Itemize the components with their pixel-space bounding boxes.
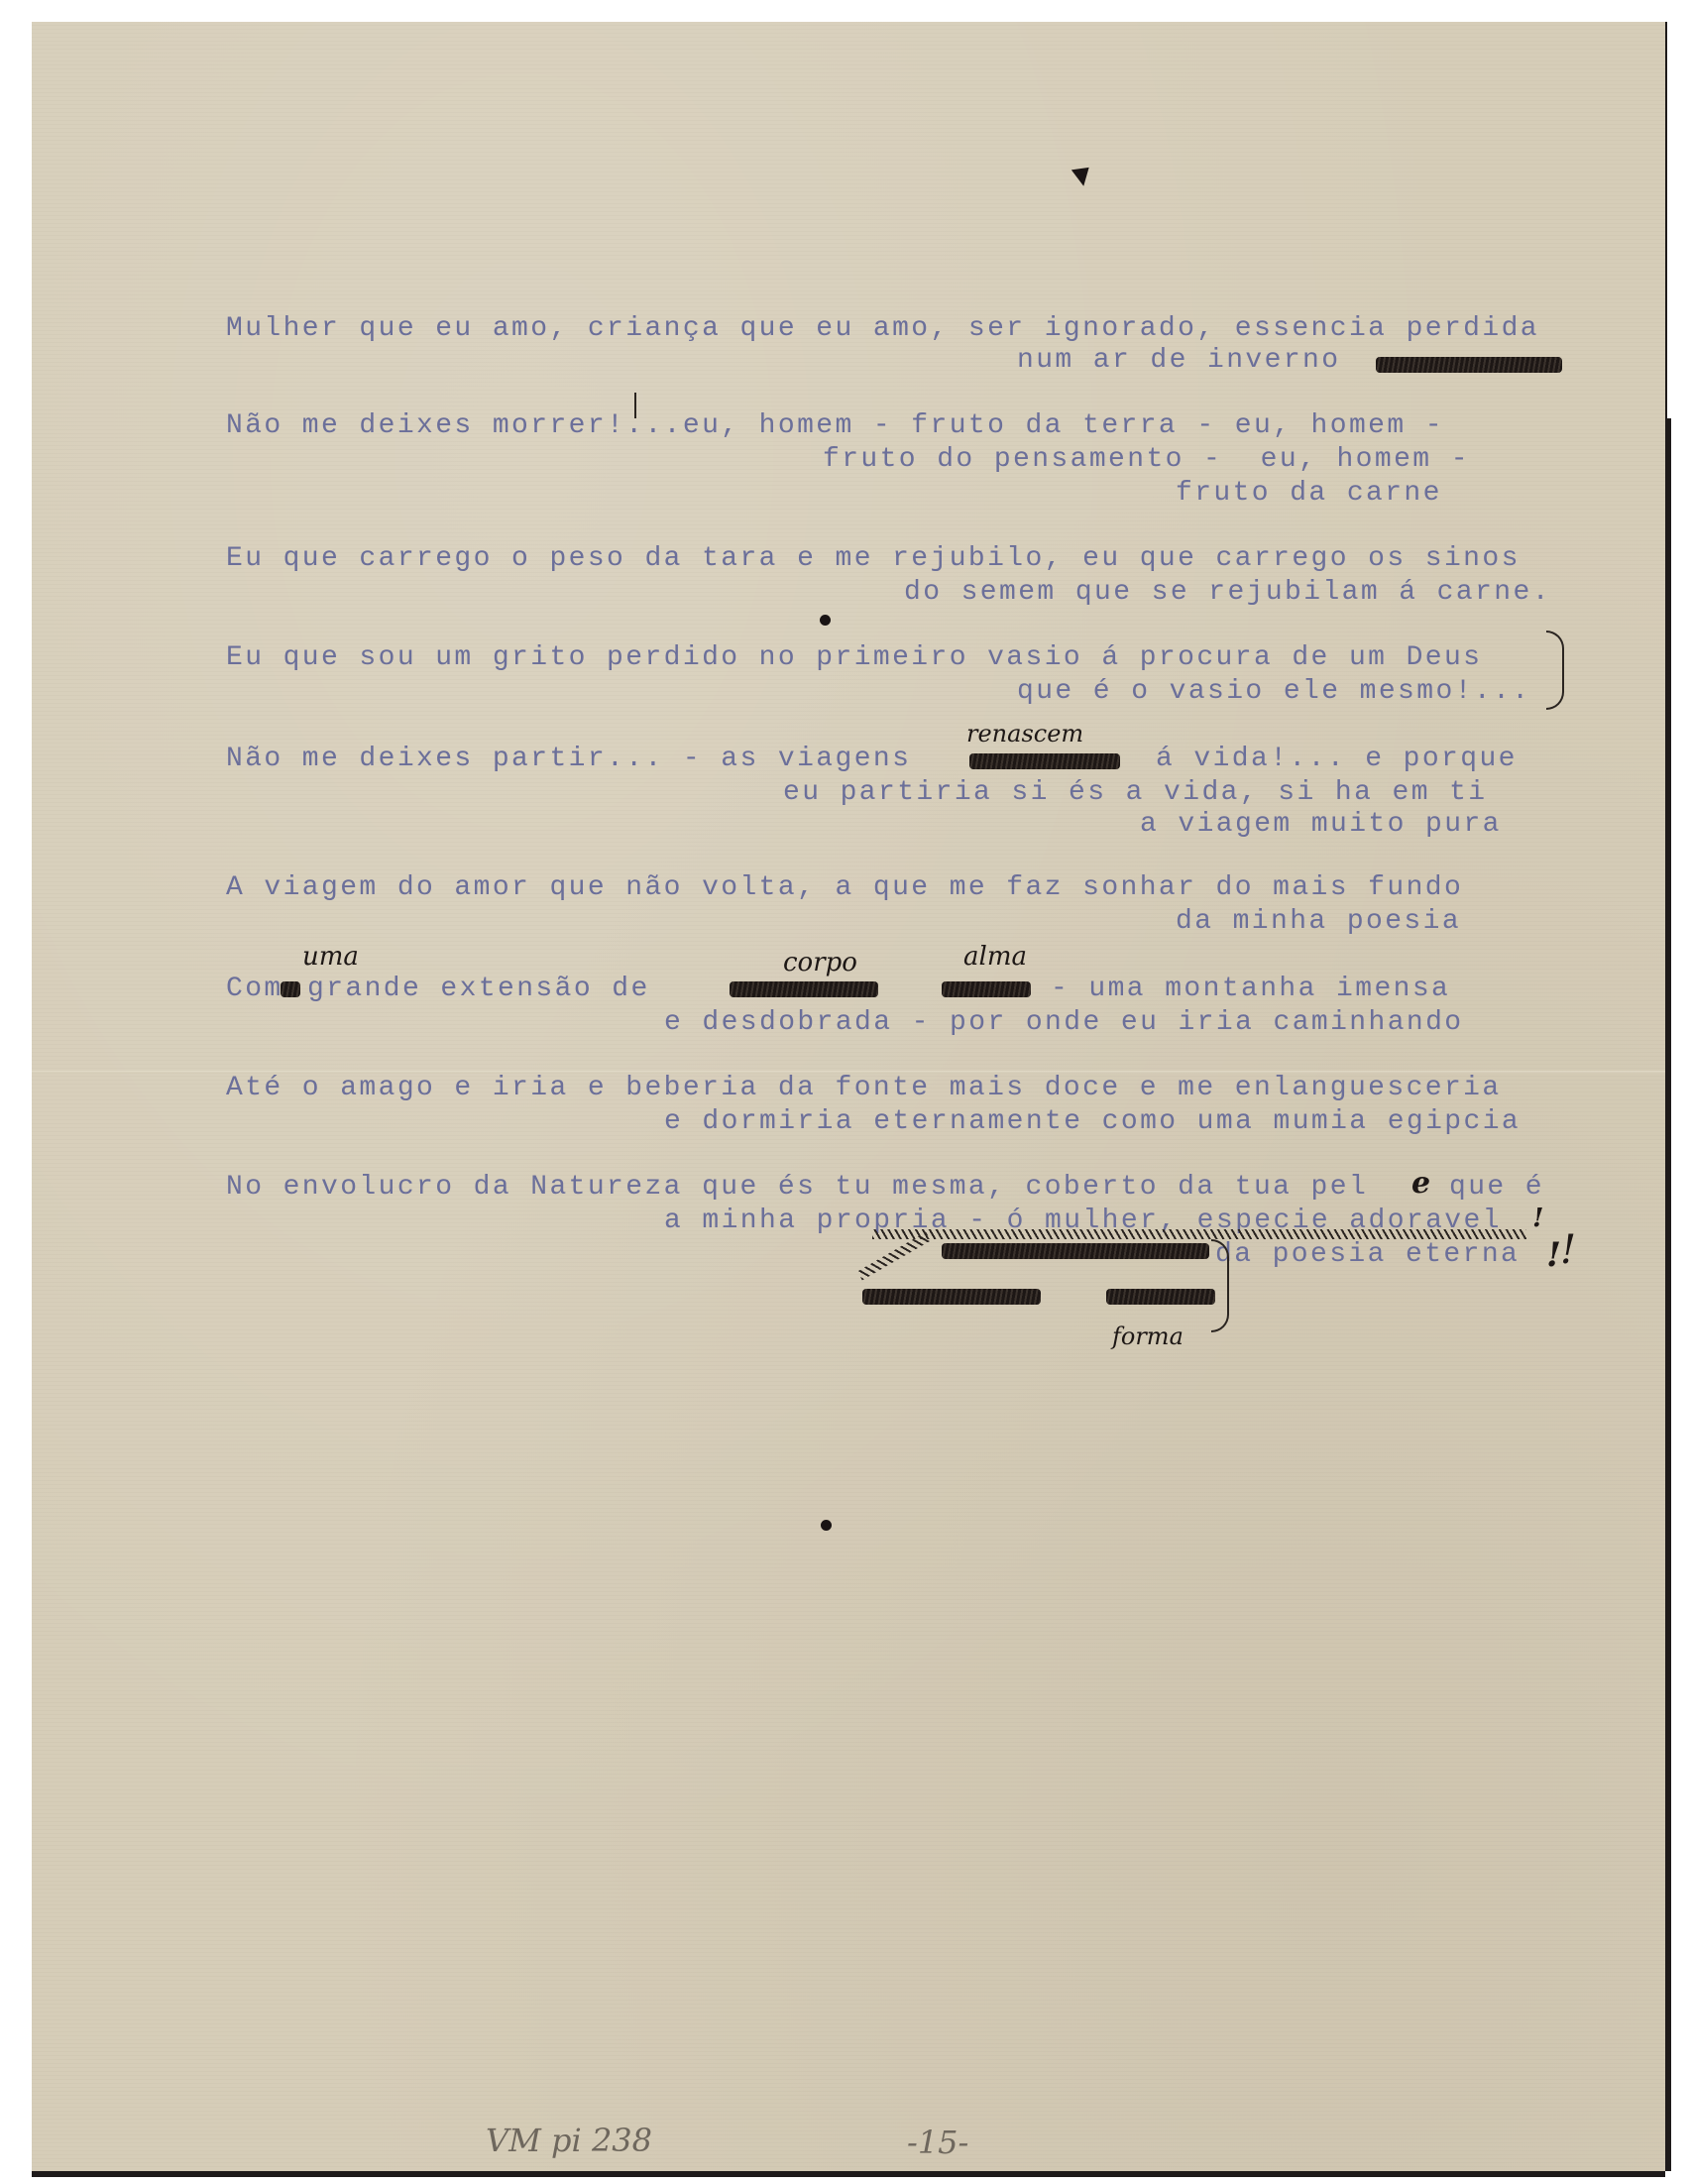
ink-dot [821,1520,832,1531]
poem-line: num ar de inverno [1017,345,1340,376]
page-edge-shadow [1665,418,1671,2171]
ink-dot [820,615,831,626]
poem-line: Até o amago e iria e beberia da fonte ma… [226,1073,1502,1103]
poem-line: Mulher que eu amo, criança que eu amo, s… [226,313,1539,344]
strikeout-scribble [1376,357,1562,373]
poem-line: da minha poesia [1176,906,1461,937]
poem-line: do semem que se rejubilam á carne. [904,577,1551,608]
handwritten-underline [872,1229,1526,1239]
handwritten-correction-uma: uma [302,942,359,972]
handwritten-correction-alma: alma [963,942,1027,972]
tear-hole [1071,168,1091,187]
handwritten-exclamation-mark: ! [1560,1227,1576,1273]
handwritten-correction-forma: forma [1112,1322,1184,1350]
archive-mark: VM pi 238 [486,2122,652,2159]
poem-line: que é [1449,1172,1544,1203]
poem-line: e desdobrada - por onde eu iria caminhan… [664,1007,1464,1038]
poem-line: que é o vasio ele mesmo!... [1017,676,1530,707]
poem-line: fruto do pensamento - eu, homem - [823,444,1470,475]
poem-line: á vida!... e porque [1156,744,1518,774]
poem-line: Não me deixes morrer!...eu, homem - frut… [226,410,1444,441]
handwritten-exclamation-mark [634,393,636,418]
poem-line: No envolucro da Natureza que és tu mesma… [226,1172,1368,1203]
handwritten-bracket [1211,1239,1229,1332]
strikeout-scribble [969,753,1120,769]
strikeout-scribble [942,1243,1209,1259]
poem-line: da poesia eterna [1215,1239,1520,1270]
poem-line: A viagem do amor que não volta, a que me… [226,872,1463,903]
page-number: -15- [907,2124,968,2161]
poem-line: Eu que sou um grito perdido no primeiro … [226,642,1482,673]
handwritten-exclamation-mark: ! [1532,1204,1543,1233]
page-edge-shadow [32,2171,1665,2177]
handwritten-insertion-e: e [1411,1166,1430,1201]
handwritten-correction-renascem: renascem [966,720,1083,747]
poem-line: fruto da carne [1176,478,1442,509]
poem-line: Não me deixes partir... - as viagens [226,744,911,774]
strikeout-scribble [862,1289,1041,1305]
poem-line: a viagem muito pura [1140,809,1502,840]
strikeout-scribble [281,981,300,997]
handwritten-bracket [1546,631,1564,710]
poem-line: grande extensão de [307,974,650,1004]
poem-line: Com [226,974,283,1004]
strikeout-scribble [942,981,1031,997]
poem-line: e dormiria eternamente como uma mumia eg… [664,1106,1521,1137]
poem-line: eu partiria si és a vida, si ha em ti [783,777,1488,808]
poem-line: - uma montanha imensa [1051,974,1450,1004]
strikeout-scribble [730,981,878,997]
strikeout-scribble [1106,1289,1215,1305]
handwritten-exclamation-mark: ! [1546,1235,1561,1275]
handwritten-correction-corpo: corpo [783,948,857,977]
poem-line: Eu que carrego o peso da tara e me rejub… [226,543,1521,574]
